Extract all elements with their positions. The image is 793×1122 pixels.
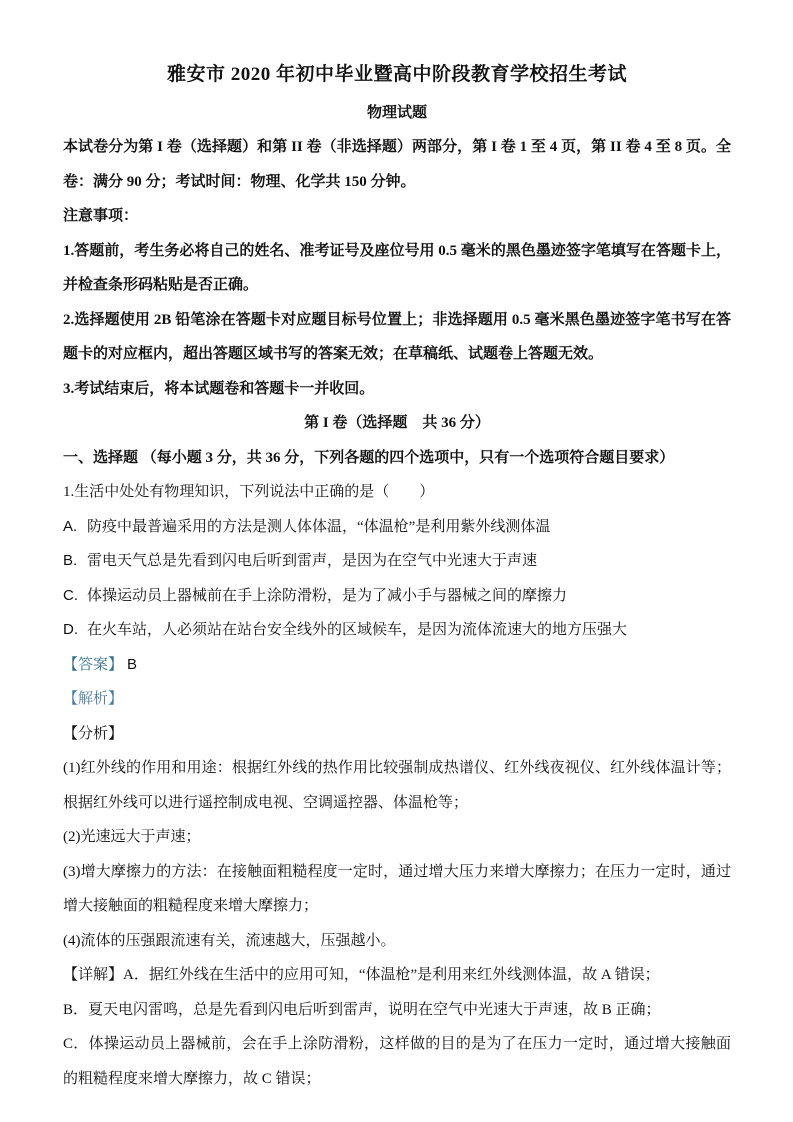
analysis-label: 【分析】 — [63, 726, 123, 742]
option-row-c: C.体操运动员上器械前在手上涂防滑粉，是为了减小手与器械之间的摩擦力 — [63, 579, 731, 614]
option-row-a: A.防疫中最普遍采用的方法是测人体体温，“体温枪”是利用紫外线测体温 — [63, 510, 731, 545]
notice-item-1: 1.答题前，考生务必将自己的姓名、准考证号及座位号用 0.5 毫米的黑色墨迹签字… — [63, 234, 731, 303]
option-text-a: 防疫中最普遍采用的方法是测人体体温，“体温枪”是利用紫外线测体温 — [87, 519, 550, 535]
option-row-d: D.在火车站，人必须站在站台安全线外的区域候车，是因为流体流速大的地方压强大 — [63, 613, 731, 648]
detail-text-a: A．据红外线在生活中的应用可知，“体温枪”是利用来红外线测体温，故 A 错误； — [123, 967, 660, 983]
notice-item-3: 3.考试结束后，将本试题卷和答题卡一并收回。 — [63, 372, 731, 407]
answer-value: B — [127, 656, 137, 673]
section-instruction: 一、选择题 （每小题 3 分，共 36 分，下列各题的四个选项中，只有一个选项符… — [63, 441, 731, 476]
jiexi-line: 【解析】 — [63, 682, 731, 717]
analysis-paragraph-2: (2)光速远大于声速； — [63, 820, 731, 855]
detail-paragraph-3: C．体操运动员上器械前，会在手上涂防滑粉，这样做的目的是为了在压力一定时，通过增… — [63, 1027, 731, 1096]
doc-title: 雅安市 2020 年初中毕业暨高中阶段教育学校招生考试 — [63, 60, 731, 90]
doc-subtitle: 物理试题 — [63, 100, 731, 126]
detail-paragraph-1: 【详解】A．据红外线在生活中的应用可知，“体温枪”是利用来红外线测体温，故 A … — [63, 958, 731, 993]
intro-paragraph: 本试卷分为第 I 卷（选择题）和第 II 卷（非选择题）两部分，第 I 卷 1 … — [63, 130, 731, 199]
question-stem: 1.生活中处处有物理知识，下列说法中正确的是（ ） — [63, 475, 731, 510]
analysis-paragraph-4: (4)流体的压强跟流速有关，流速越大，压强越小。 — [63, 924, 731, 959]
detail-paragraph-2: B．夏天电闪雷鸣，总是先看到闪电后听到雷声，说明在空气中光速大于声速，故 B 正… — [63, 993, 731, 1028]
analysis-paragraph-1: (1)红外线的作用和用途：根据红外线的热作用比较强制成热谱仪、红外线夜视仪、红外… — [63, 751, 731, 820]
analysis-paragraph-3: (3)增大摩擦力的方法：在接触面粗糙程度一定时，通过增大压力来增大摩擦力；在压力… — [63, 855, 731, 924]
option-label-c: C. — [63, 579, 87, 614]
jiexi-label: 【解析】 — [63, 691, 123, 707]
notice-item-2: 2.选择题使用 2B 铅笔涂在答题卡对应题目标号位置上；非选择题用 0.5 毫米… — [63, 303, 731, 372]
exam-document-page: 雅安市 2020 年初中毕业暨高中阶段教育学校招生考试 物理试题 本试卷分为第 … — [0, 0, 793, 1122]
analysis-heading: 【分析】 — [63, 717, 731, 752]
option-label-a: A. — [63, 510, 87, 545]
option-text-b: 雷电天气总是先看到闪电后听到雷声，是因为在空气中光速大于声速 — [87, 553, 537, 569]
detail-label: 【详解】 — [63, 967, 123, 983]
option-text-c: 体操运动员上器械前在手上涂防滑粉，是为了减小手与器械之间的摩擦力 — [87, 588, 567, 604]
answer-line: 【答案】B — [63, 648, 731, 683]
answer-label: 【答案】 — [63, 657, 123, 673]
option-text-d: 在火车站，人必须站在站台安全线外的区域候车，是因为流体流速大的地方压强大 — [87, 622, 627, 638]
notice-title: 注意事项： — [63, 199, 731, 234]
section-title: 第 I 卷（选择题 共 36 分） — [63, 406, 731, 441]
option-row-b: B.雷电天气总是先看到闪电后听到雷声，是因为在空气中光速大于声速 — [63, 544, 731, 579]
option-label-d: D. — [63, 613, 87, 648]
option-label-b: B. — [63, 544, 87, 579]
